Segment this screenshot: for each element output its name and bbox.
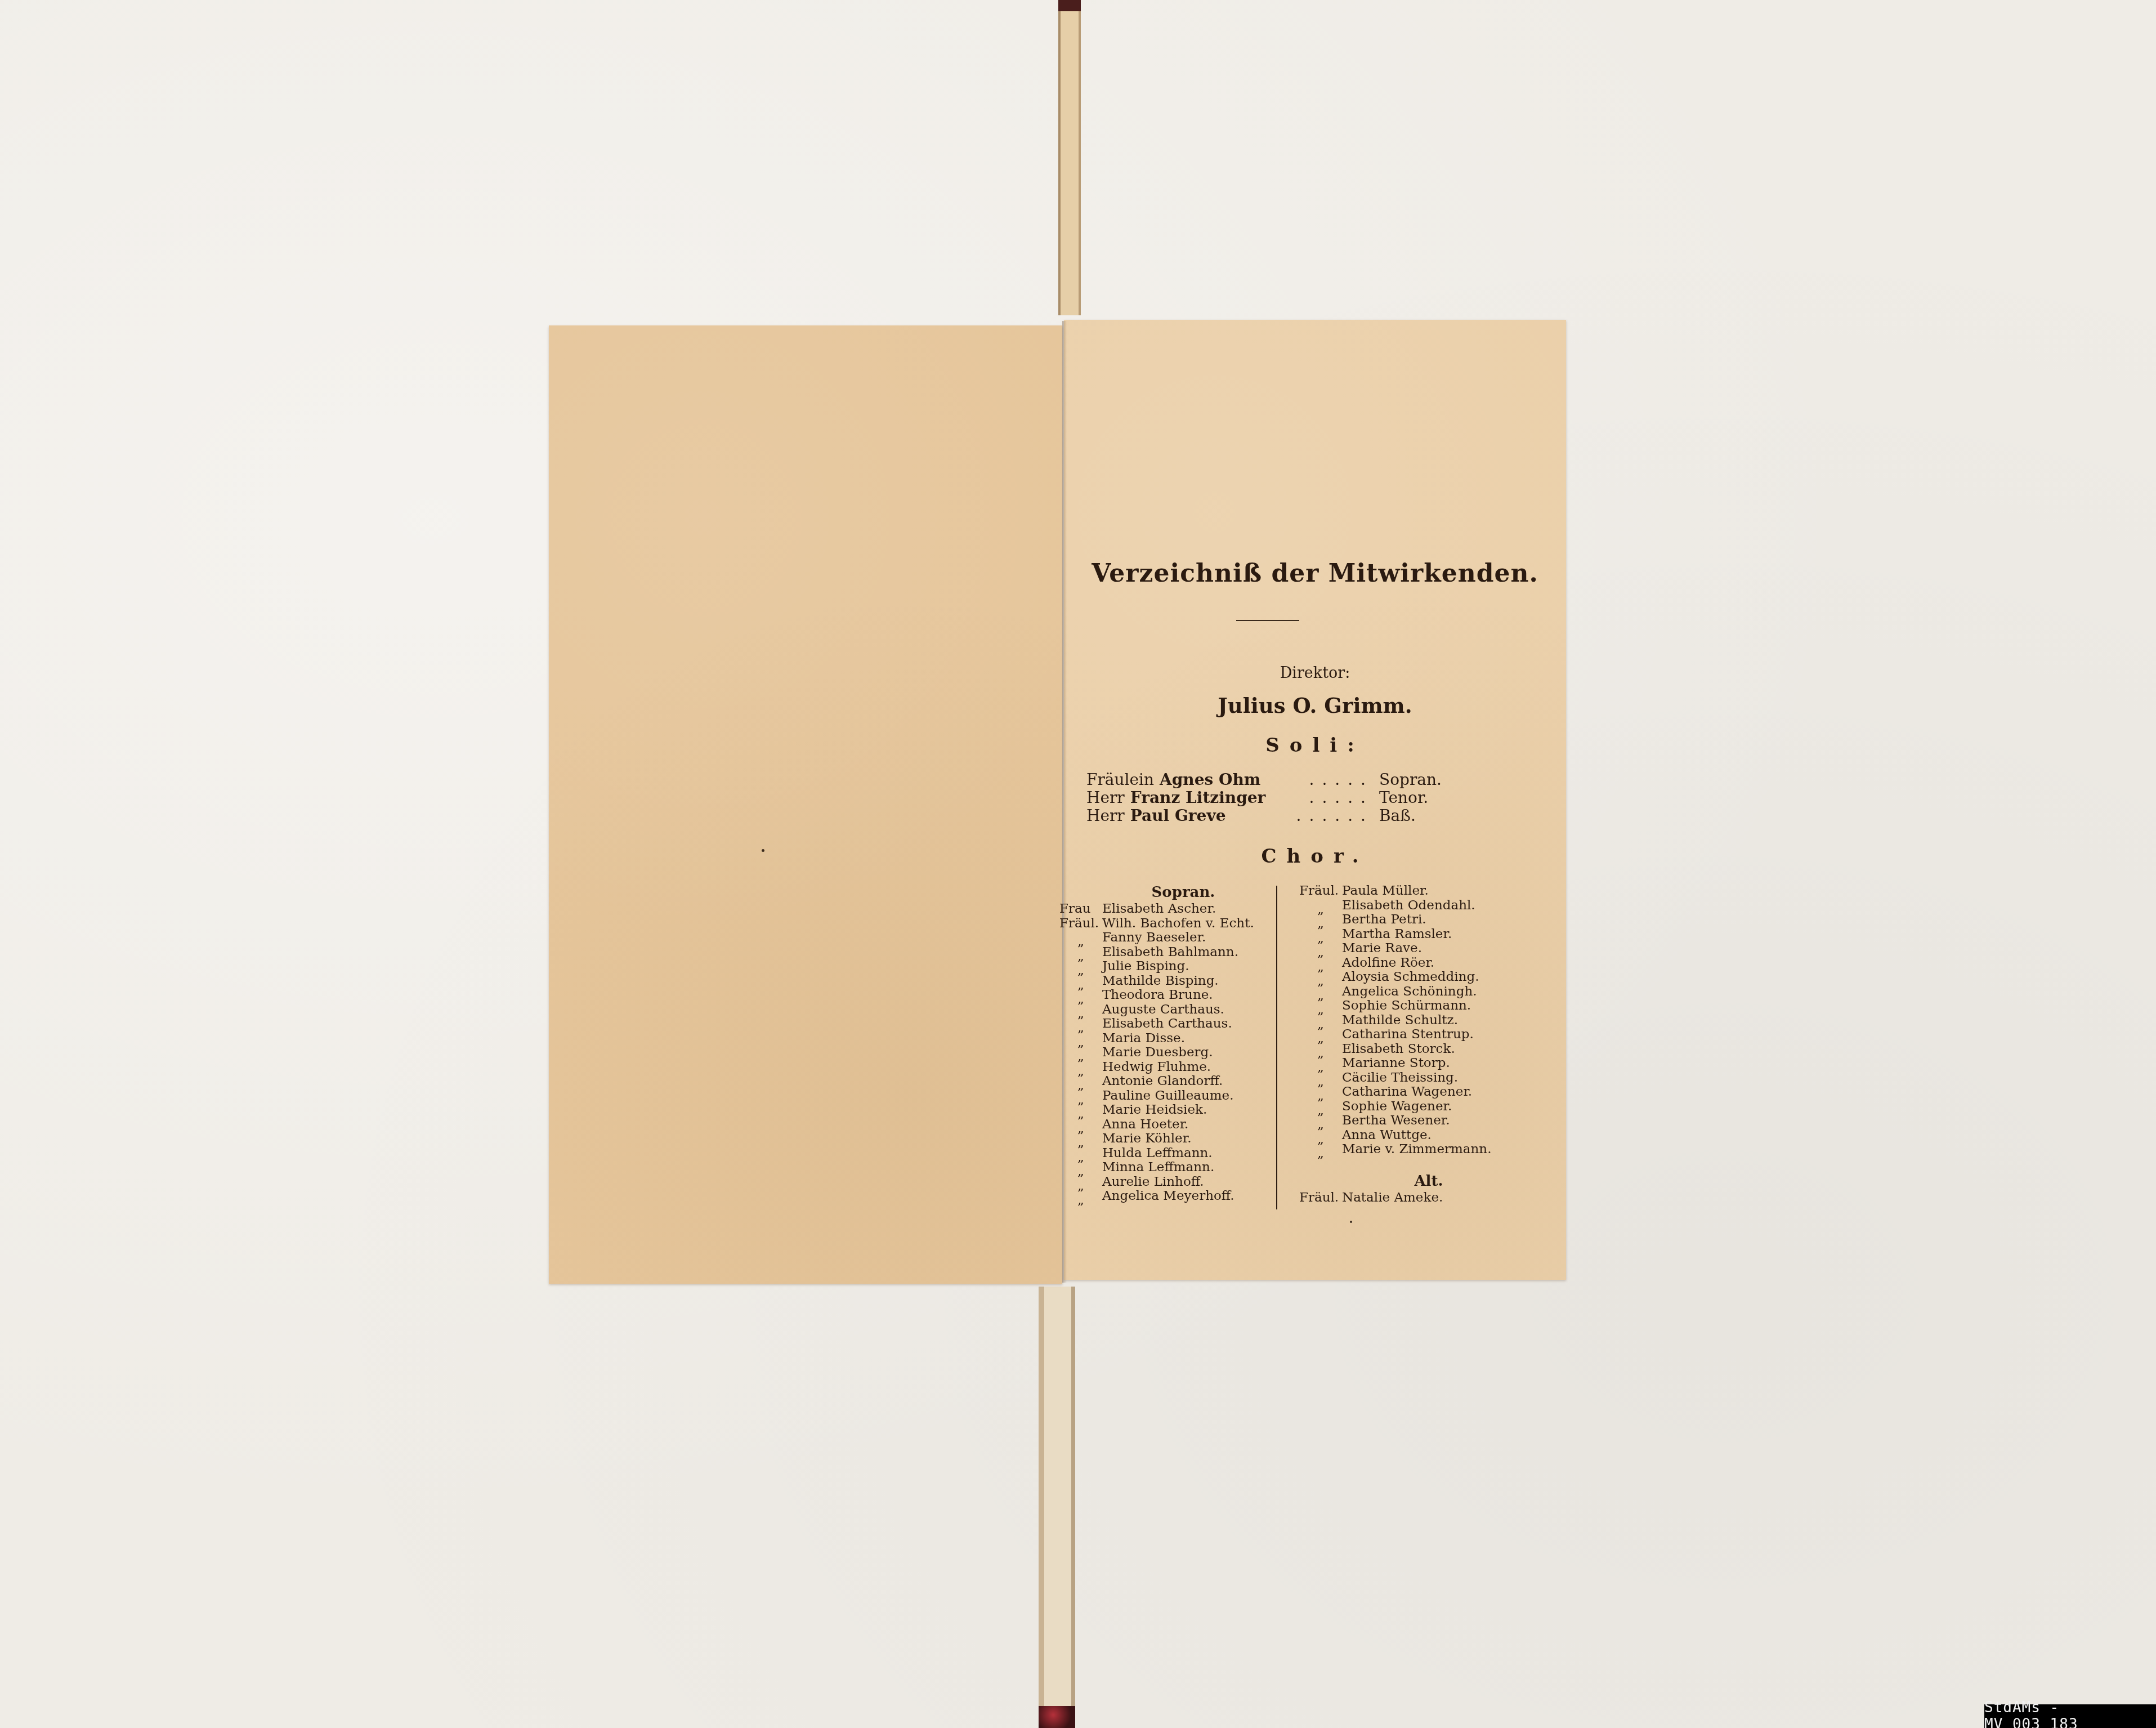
member-row: „Marianne Storp.	[1299, 1056, 1558, 1071]
member-row: „Elisabeth Storck.	[1299, 1042, 1558, 1057]
member-row: „Marie Rave.	[1299, 941, 1558, 956]
alt-heading: Alt.	[1299, 1173, 1558, 1191]
member-name: Natalie Ameke.	[1342, 1191, 1443, 1205]
member-row: „Sophie Schürmann.	[1299, 999, 1558, 1013]
member-row: „Fanny Baeseler.	[1059, 931, 1262, 945]
member-name: Antonie Glandorff.	[1102, 1074, 1223, 1089]
soli-prefix: Fräulein	[1086, 770, 1154, 789]
member-name: Mathilde Schultz.	[1342, 1013, 1458, 1028]
member-row: „Anna Hoeter.	[1059, 1118, 1262, 1132]
member-name: Marie v. Zimmermann.	[1342, 1142, 1491, 1157]
blank-left-page	[549, 325, 1062, 1284]
ditto-mark: „	[1299, 913, 1342, 927]
member-name: Catharina Wagener.	[1342, 1085, 1472, 1100]
binding-cap-bottom	[1039, 1706, 1075, 1728]
member-name: Marie Köhler.	[1102, 1132, 1192, 1146]
member-row: „Hedwig Fluhme.	[1059, 1060, 1262, 1075]
member-name: Julie Bisping.	[1102, 959, 1189, 974]
member-row: „Mathilde Bisping.	[1059, 974, 1262, 989]
member-name: Martha Ramsler.	[1342, 927, 1452, 942]
member-name: Wilh. Bachofen v. Echt.	[1102, 917, 1254, 931]
ditto-mark: „	[1299, 985, 1342, 999]
member-row: „Maria Disse.	[1059, 1032, 1262, 1046]
member-name: Minna Leffmann.	[1102, 1160, 1214, 1175]
ditto-mark: „	[1299, 1013, 1342, 1028]
member-row: Fräul.Wilh. Bachofen v. Echt.	[1059, 917, 1262, 931]
soli-heading: Soli:	[1064, 734, 1566, 757]
alt-section: Alt. Fräul.Natalie Ameke.	[1299, 1173, 1558, 1205]
member-row: „Elisabeth Odendahl.	[1299, 899, 1558, 913]
director-label: Direktor:	[1064, 664, 1566, 682]
member-name: Sophie Wagener.	[1342, 1100, 1452, 1114]
member-name: Angelica Meyerhoff.	[1102, 1189, 1234, 1204]
ditto-mark: „	[1299, 1042, 1342, 1057]
member-row: „Elisabeth Bahlmann.	[1059, 945, 1262, 960]
ditto-mark: „	[1299, 1100, 1342, 1114]
member-name: Hulda Leffmann.	[1102, 1146, 1213, 1161]
member-row: „Sophie Wagener.	[1299, 1100, 1558, 1114]
member-row: „Hulda Leffmann.	[1059, 1146, 1262, 1161]
program-page: Verzeichniß der Mitwirkenden. Direktor: …	[1064, 320, 1566, 1280]
ditto-mark: „	[1299, 899, 1342, 913]
member-name: Mathilde Bisping.	[1102, 974, 1219, 989]
soli-voice: Tenor.	[1379, 788, 1447, 807]
soli-name: Agnes Ohm	[1160, 770, 1260, 789]
member-row: „Mathilde Schultz.	[1299, 1013, 1558, 1028]
member-name: Marianne Storp.	[1342, 1056, 1450, 1071]
ditto-mark: „	[1299, 1071, 1342, 1086]
member-name: Elisabeth Carthaus.	[1102, 1017, 1232, 1032]
member-name: Bertha Wesener.	[1342, 1114, 1450, 1128]
member-name: Cäcilie Theissing.	[1342, 1071, 1458, 1086]
soli-list: Fräulein Agnes Ohm ..... Sopran. Herr Fr…	[1086, 770, 1447, 824]
ditto-mark: „	[1299, 1028, 1342, 1042]
member-name: Hedwig Fluhme.	[1102, 1060, 1211, 1075]
member-row: „Cäcilie Theissing.	[1299, 1071, 1558, 1086]
member-row: „Anna Wuttge.	[1299, 1128, 1558, 1143]
member-row: „Marie Duesberg.	[1059, 1046, 1262, 1060]
sopran-continued-list: Fräul.Paula Müller.„Elisabeth Odendahl.„…	[1299, 884, 1558, 1157]
member-name: Fanny Baeseler.	[1102, 931, 1206, 945]
member-name: Angelica Schöningh.	[1342, 985, 1477, 999]
member-row: „Marie Köhler.	[1059, 1132, 1262, 1146]
member-name: Maria Disse.	[1102, 1032, 1185, 1046]
member-row: „Pauline Guilleaume.	[1059, 1089, 1262, 1104]
sopran-column-right: Fräul.Paula Müller.„Elisabeth Odendahl.„…	[1299, 884, 1558, 1205]
member-name: Adolfine Röer.	[1342, 956, 1434, 971]
member-name: Elisabeth Ascher.	[1102, 902, 1216, 917]
member-row: „Martha Ramsler.	[1299, 927, 1558, 942]
member-row: „Catharina Wagener.	[1299, 1085, 1558, 1100]
sopran-member-list: FrauElisabeth Ascher.Fräul.Wilh. Bachofe…	[1059, 902, 1262, 1204]
ditto-mark: „	[1299, 956, 1342, 971]
paper-speck	[762, 849, 764, 852]
leader-dots: ......	[1226, 806, 1379, 825]
member-row: „Angelica Meyerhoff.	[1059, 1189, 1262, 1204]
sopran-column-left: Sopran. FrauElisabeth Ascher.Fräul.Wilh.…	[1059, 884, 1262, 1204]
member-name: Anna Hoeter.	[1102, 1118, 1188, 1132]
soli-prefix: Herr	[1086, 788, 1125, 807]
member-row: „Minna Leffmann.	[1059, 1160, 1262, 1175]
soli-name: Franz Litzinger	[1130, 788, 1266, 807]
member-name: Catharina Stentrup.	[1342, 1028, 1474, 1042]
ditto-mark: „	[1299, 1056, 1342, 1071]
director-name: Julius O. Grimm.	[1064, 693, 1566, 718]
member-name: Elisabeth Storck.	[1342, 1042, 1455, 1057]
ditto-mark: „	[1299, 970, 1342, 985]
ditto-mark: „	[1299, 927, 1342, 942]
member-row: „Marie v. Zimmermann.	[1299, 1142, 1558, 1157]
member-name: Anna Wuttge.	[1342, 1128, 1432, 1143]
leader-dots: .....	[1265, 788, 1379, 807]
member-row: „Theodora Brune.	[1059, 988, 1262, 1003]
leader-dots: .....	[1260, 770, 1379, 789]
archive-watermark: StdAMs - MV_003_183	[1984, 1704, 2156, 1728]
member-title: Fräul.	[1299, 884, 1342, 899]
member-row: „Aurelie Linhoff.	[1059, 1175, 1262, 1190]
member-row: „Bertha Petri.	[1299, 913, 1558, 927]
gutter-shadow	[1062, 321, 1067, 1283]
soli-name: Paul Greve	[1130, 806, 1226, 825]
column-divider	[1276, 886, 1277, 1209]
member-name: Aurelie Linhoff.	[1102, 1175, 1204, 1190]
member-name: Marie Duesberg.	[1102, 1046, 1213, 1060]
member-name: Marie Rave.	[1342, 941, 1422, 956]
member-row: „Adolfine Röer.	[1299, 956, 1558, 971]
member-name: Elisabeth Odendahl.	[1342, 899, 1475, 913]
ditto-mark: „	[1299, 1114, 1342, 1128]
member-row: FrauElisabeth Ascher.	[1059, 902, 1262, 917]
member-row: Fräul.Natalie Ameke.	[1299, 1191, 1558, 1205]
member-row: „Auguste Carthaus.	[1059, 1003, 1262, 1017]
soli-prefix: Herr	[1086, 806, 1125, 825]
soli-entry: Herr Franz Litzinger ..... Tenor.	[1086, 788, 1447, 806]
paper-speck	[1350, 1221, 1352, 1223]
member-name: Sophie Schürmann.	[1342, 999, 1471, 1013]
member-row: „Julie Bisping.	[1059, 959, 1262, 974]
member-row: „Aloysia Schmedding.	[1299, 970, 1558, 985]
soli-voice: Baß.	[1379, 806, 1447, 825]
ditto-mark: „	[1299, 1128, 1342, 1143]
page-title: Verzeichniß der Mitwirkenden.	[1064, 559, 1566, 588]
ditto-mark: „	[1299, 999, 1342, 1013]
member-name: Elisabeth Bahlmann.	[1102, 945, 1238, 960]
soli-voice: Sopran.	[1379, 770, 1447, 789]
member-name: Theodora Brune.	[1102, 988, 1213, 1003]
ditto-mark: „	[1299, 1085, 1342, 1100]
member-row: „Angelica Schöningh.	[1299, 985, 1558, 999]
binding-spine-strip	[1058, 11, 1081, 315]
member-name: Bertha Petri.	[1342, 913, 1426, 927]
sopran-heading: Sopran.	[1059, 884, 1262, 902]
member-name: Aloysia Schmedding.	[1342, 970, 1479, 985]
member-name: Paula Müller.	[1342, 884, 1429, 899]
member-row: „Antonie Glandorff.	[1059, 1074, 1262, 1089]
binding-spine-strip-lower	[1039, 1287, 1075, 1712]
title-divider	[1236, 620, 1299, 621]
binding-cap-top	[1058, 0, 1081, 11]
member-name: Auguste Carthaus.	[1102, 1003, 1224, 1017]
soli-entry: Fräulein Agnes Ohm ..... Sopran.	[1086, 770, 1447, 788]
soli-entry: Herr Paul Greve ...... Baß.	[1086, 806, 1447, 824]
member-row: „Marie Heidsiek.	[1059, 1103, 1262, 1118]
alt-member-list: Fräul.Natalie Ameke.	[1299, 1191, 1558, 1205]
chor-heading: Chor.	[1064, 845, 1566, 868]
member-row: „Bertha Wesener.	[1299, 1114, 1558, 1128]
ditto-mark: „	[1299, 1142, 1342, 1157]
member-name: Pauline Guilleaume.	[1102, 1089, 1234, 1104]
ditto-mark: „	[1299, 941, 1342, 956]
member-name: Marie Heidsiek.	[1102, 1103, 1207, 1118]
member-title: Fräul.	[1299, 1191, 1342, 1205]
member-row: Fräul.Paula Müller.	[1299, 884, 1558, 899]
member-row: „Catharina Stentrup.	[1299, 1028, 1558, 1042]
member-row: „Elisabeth Carthaus.	[1059, 1017, 1262, 1032]
